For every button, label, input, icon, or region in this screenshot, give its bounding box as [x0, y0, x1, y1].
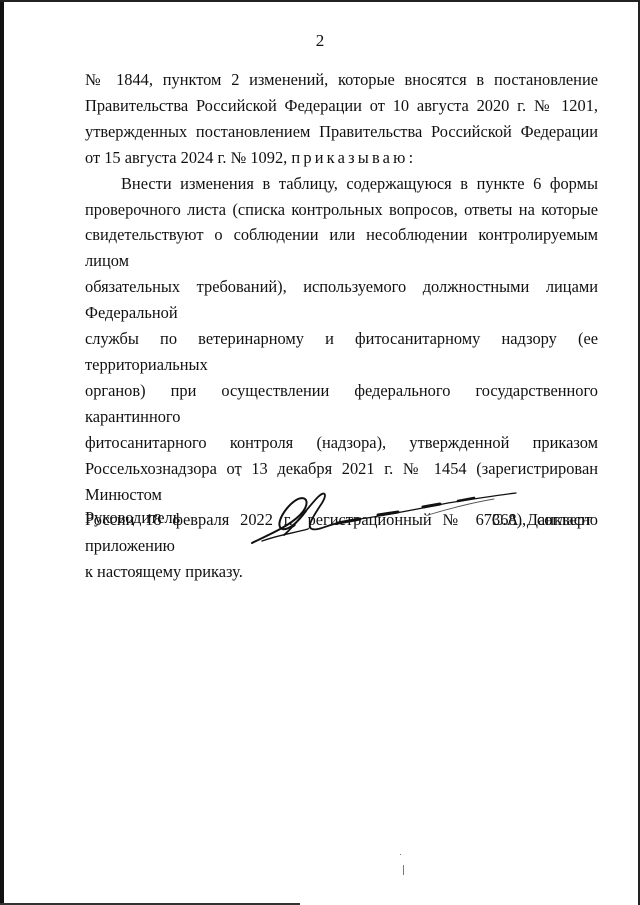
scan-speck	[400, 854, 401, 855]
text-line: утвержденных постановлением Правительств…	[85, 119, 598, 145]
page-number: 2	[0, 31, 640, 51]
text-line: Внести изменения в таблицу, содержащуюся…	[85, 171, 598, 197]
text-line: от 15 августа 2024 г. № 1092, приказываю…	[85, 145, 598, 171]
handwritten-signature-icon	[248, 485, 518, 545]
text-line: № 1844, пунктом 2 изменений, которые вно…	[85, 67, 598, 93]
text-line: фитосанитарного контроля (надзора), утве…	[85, 430, 598, 456]
scan-speck	[403, 865, 404, 875]
scan-edge-top	[0, 0, 640, 2]
text-line: службы по ветеринарному и фитосанитарном…	[85, 326, 598, 378]
text-line: к настоящему приказу.	[85, 559, 598, 585]
order-keyword: приказываю:	[291, 148, 416, 167]
document-page: 2 № 1844, пунктом 2 изменений, которые в…	[0, 0, 640, 905]
text-line: Правительства Российской Федерации от 10…	[85, 93, 598, 119]
text-line: свидетельствуют о соблюдении или несоблю…	[85, 222, 598, 274]
signatory-title: Руководитель	[85, 508, 180, 528]
text-line: проверочного листа (списка контрольных в…	[85, 197, 598, 223]
paragraph-preamble: № 1844, пунктом 2 изменений, которые вно…	[85, 67, 598, 171]
text-line: органов) при осуществлении федерального …	[85, 378, 598, 430]
scan-speck	[238, 474, 240, 476]
scan-edge-left	[0, 0, 4, 905]
text-line: обязательных требований), используемого …	[85, 274, 598, 326]
text-fragment: от 15 августа 2024 г. № 1092,	[85, 148, 291, 167]
